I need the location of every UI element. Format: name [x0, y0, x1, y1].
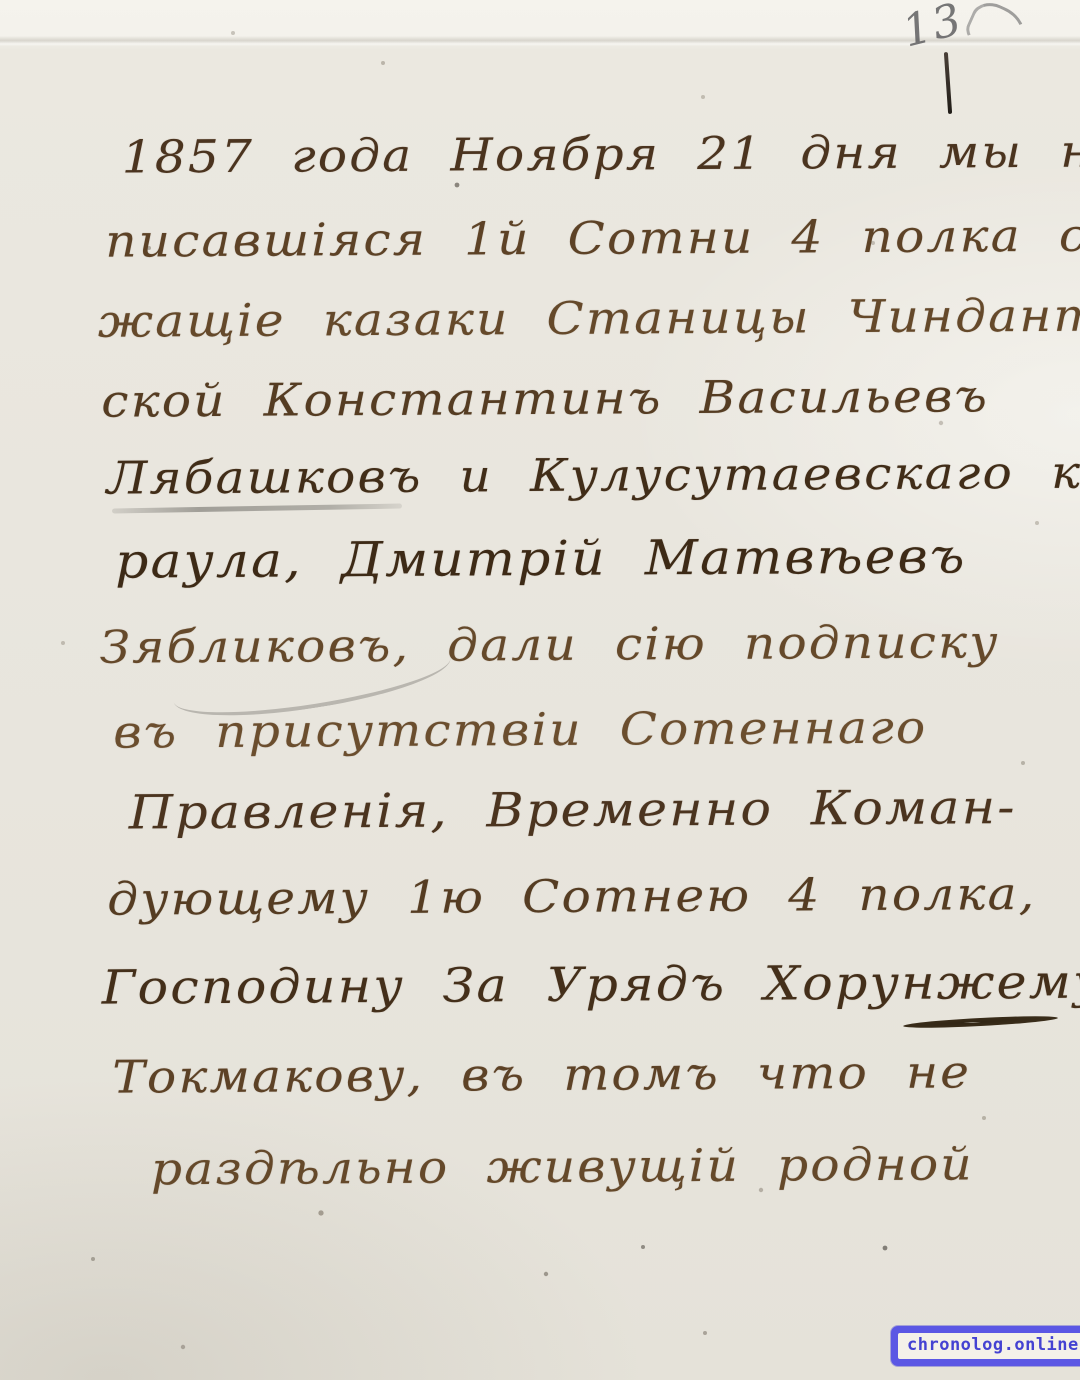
watermark-badge: chronolog.online: [891, 1326, 1080, 1366]
manuscript-text: 1857 года Ноября 21 дня мы нижепод- писа…: [0, 0, 1080, 1380]
manuscript-line-10: дующему 1ю Сотнею 4 полка,: [107, 867, 1036, 926]
manuscript-line-9: Правленія, Временно Коман-: [129, 780, 1017, 840]
manuscript-line-13: раздѣльно живущій родной: [151, 1137, 974, 1195]
document-page: 13 1857 года Ноября 21 дня мы нижепод- п…: [0, 0, 1080, 1380]
manuscript-line-1: 1857 года Ноября 21 дня мы нижепод-: [122, 123, 1080, 183]
manuscript-line-11: Господину За Урядъ Хорунжему: [102, 955, 1080, 1016]
manuscript-line-3: жащіе казаки Станицы Чиндант-: [98, 288, 1080, 347]
manuscript-line-4: ской Константинъ Васильевъ: [101, 369, 989, 427]
manuscript-line-5: Лябашковъ и Кулусутаевскаго ка-: [107, 445, 1080, 504]
manuscript-line-2: писавшіяся 1й Сотни 4 полка слу-: [105, 208, 1080, 268]
manuscript-line-7: Зябликовъ, дали сію подписку: [100, 615, 1000, 673]
manuscript-line-6: раула, Дмитрій Матвѣевъ: [115, 528, 967, 589]
manuscript-line-12: Токмакову, въ томъ что не: [112, 1045, 971, 1103]
watermark-text: chronolog.online: [898, 1333, 1080, 1359]
paper-specks: [0, 0, 2, 2]
